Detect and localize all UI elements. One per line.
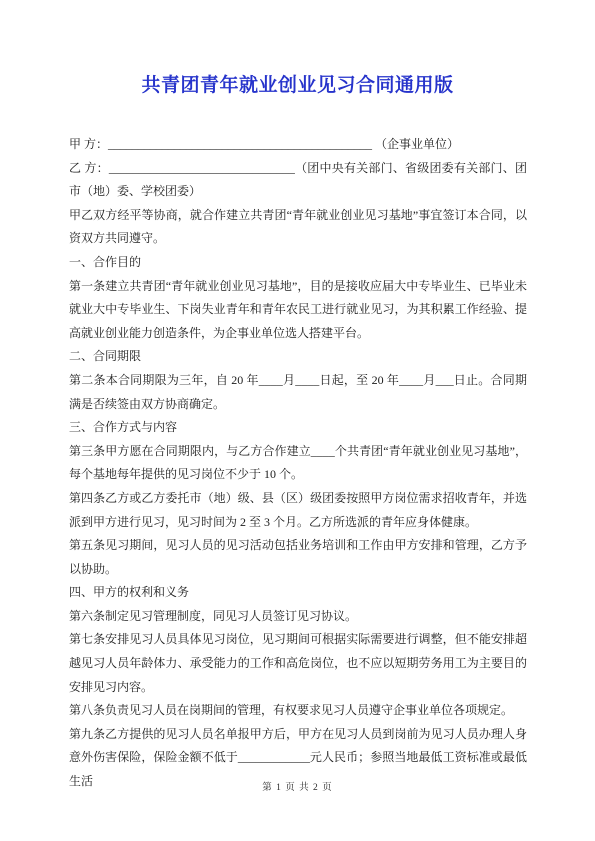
- party-b-line: 乙 方：_______________________________（团中央有…: [69, 157, 527, 204]
- section-4-heading: 四、甲方的权利和义务: [69, 581, 527, 605]
- document-title: 共青团青年就业创业见习合同通用版: [0, 70, 595, 97]
- page-number-footer: 第 1 页 共 2 页: [0, 779, 595, 793]
- section-3-heading: 三、合作方式与内容: [69, 416, 527, 440]
- section-1-heading: 一、合作目的: [69, 251, 527, 275]
- clause-5: 第五条见习期间，见习人员的见习活动包括业务培训和工作由甲方安排和管理，乙方予以协…: [69, 534, 527, 581]
- document-page: 共青团青年就业创业见习合同通用版 甲 方：___________________…: [0, 0, 595, 841]
- clause-4: 第四条乙方或乙方委托市（地）级、县（区）级团委按照甲方岗位需求招收青年，并选派到…: [69, 487, 527, 534]
- clause-2: 第二条本合同期限为三年，自 20 年____月____日起，至 20 年____…: [69, 369, 527, 416]
- document-body: 甲 方：____________________________________…: [69, 133, 527, 794]
- clause-6: 第六条制定见习管理制度，同见习人员签订见习协议。: [69, 605, 527, 629]
- clause-3: 第三条甲方愿在合同期限内，与乙方合作建立____个共青团“青年就业创业见习基地”…: [69, 440, 527, 487]
- clause-7: 第七条安排见习人员具体见习岗位，见习期间可根据实际需要进行调整，但不能安排超越见…: [69, 628, 527, 699]
- clause-1: 第一条建立共青团“青年就业创业见习基地”，目的是接收应届大中专毕业生、已毕业未就…: [69, 275, 527, 346]
- party-a-line: 甲 方：____________________________________…: [69, 133, 527, 157]
- clause-8: 第八条负责见习人员在岗期间的管理，有权要求见习人员遵守企事业单位各项规定。: [69, 699, 527, 723]
- preamble: 甲乙双方经平等协商，就合作建立共青团“青年就业创业见习基地”事宜签订本合同，以资…: [69, 204, 527, 251]
- section-2-heading: 二、合同期限: [69, 345, 527, 369]
